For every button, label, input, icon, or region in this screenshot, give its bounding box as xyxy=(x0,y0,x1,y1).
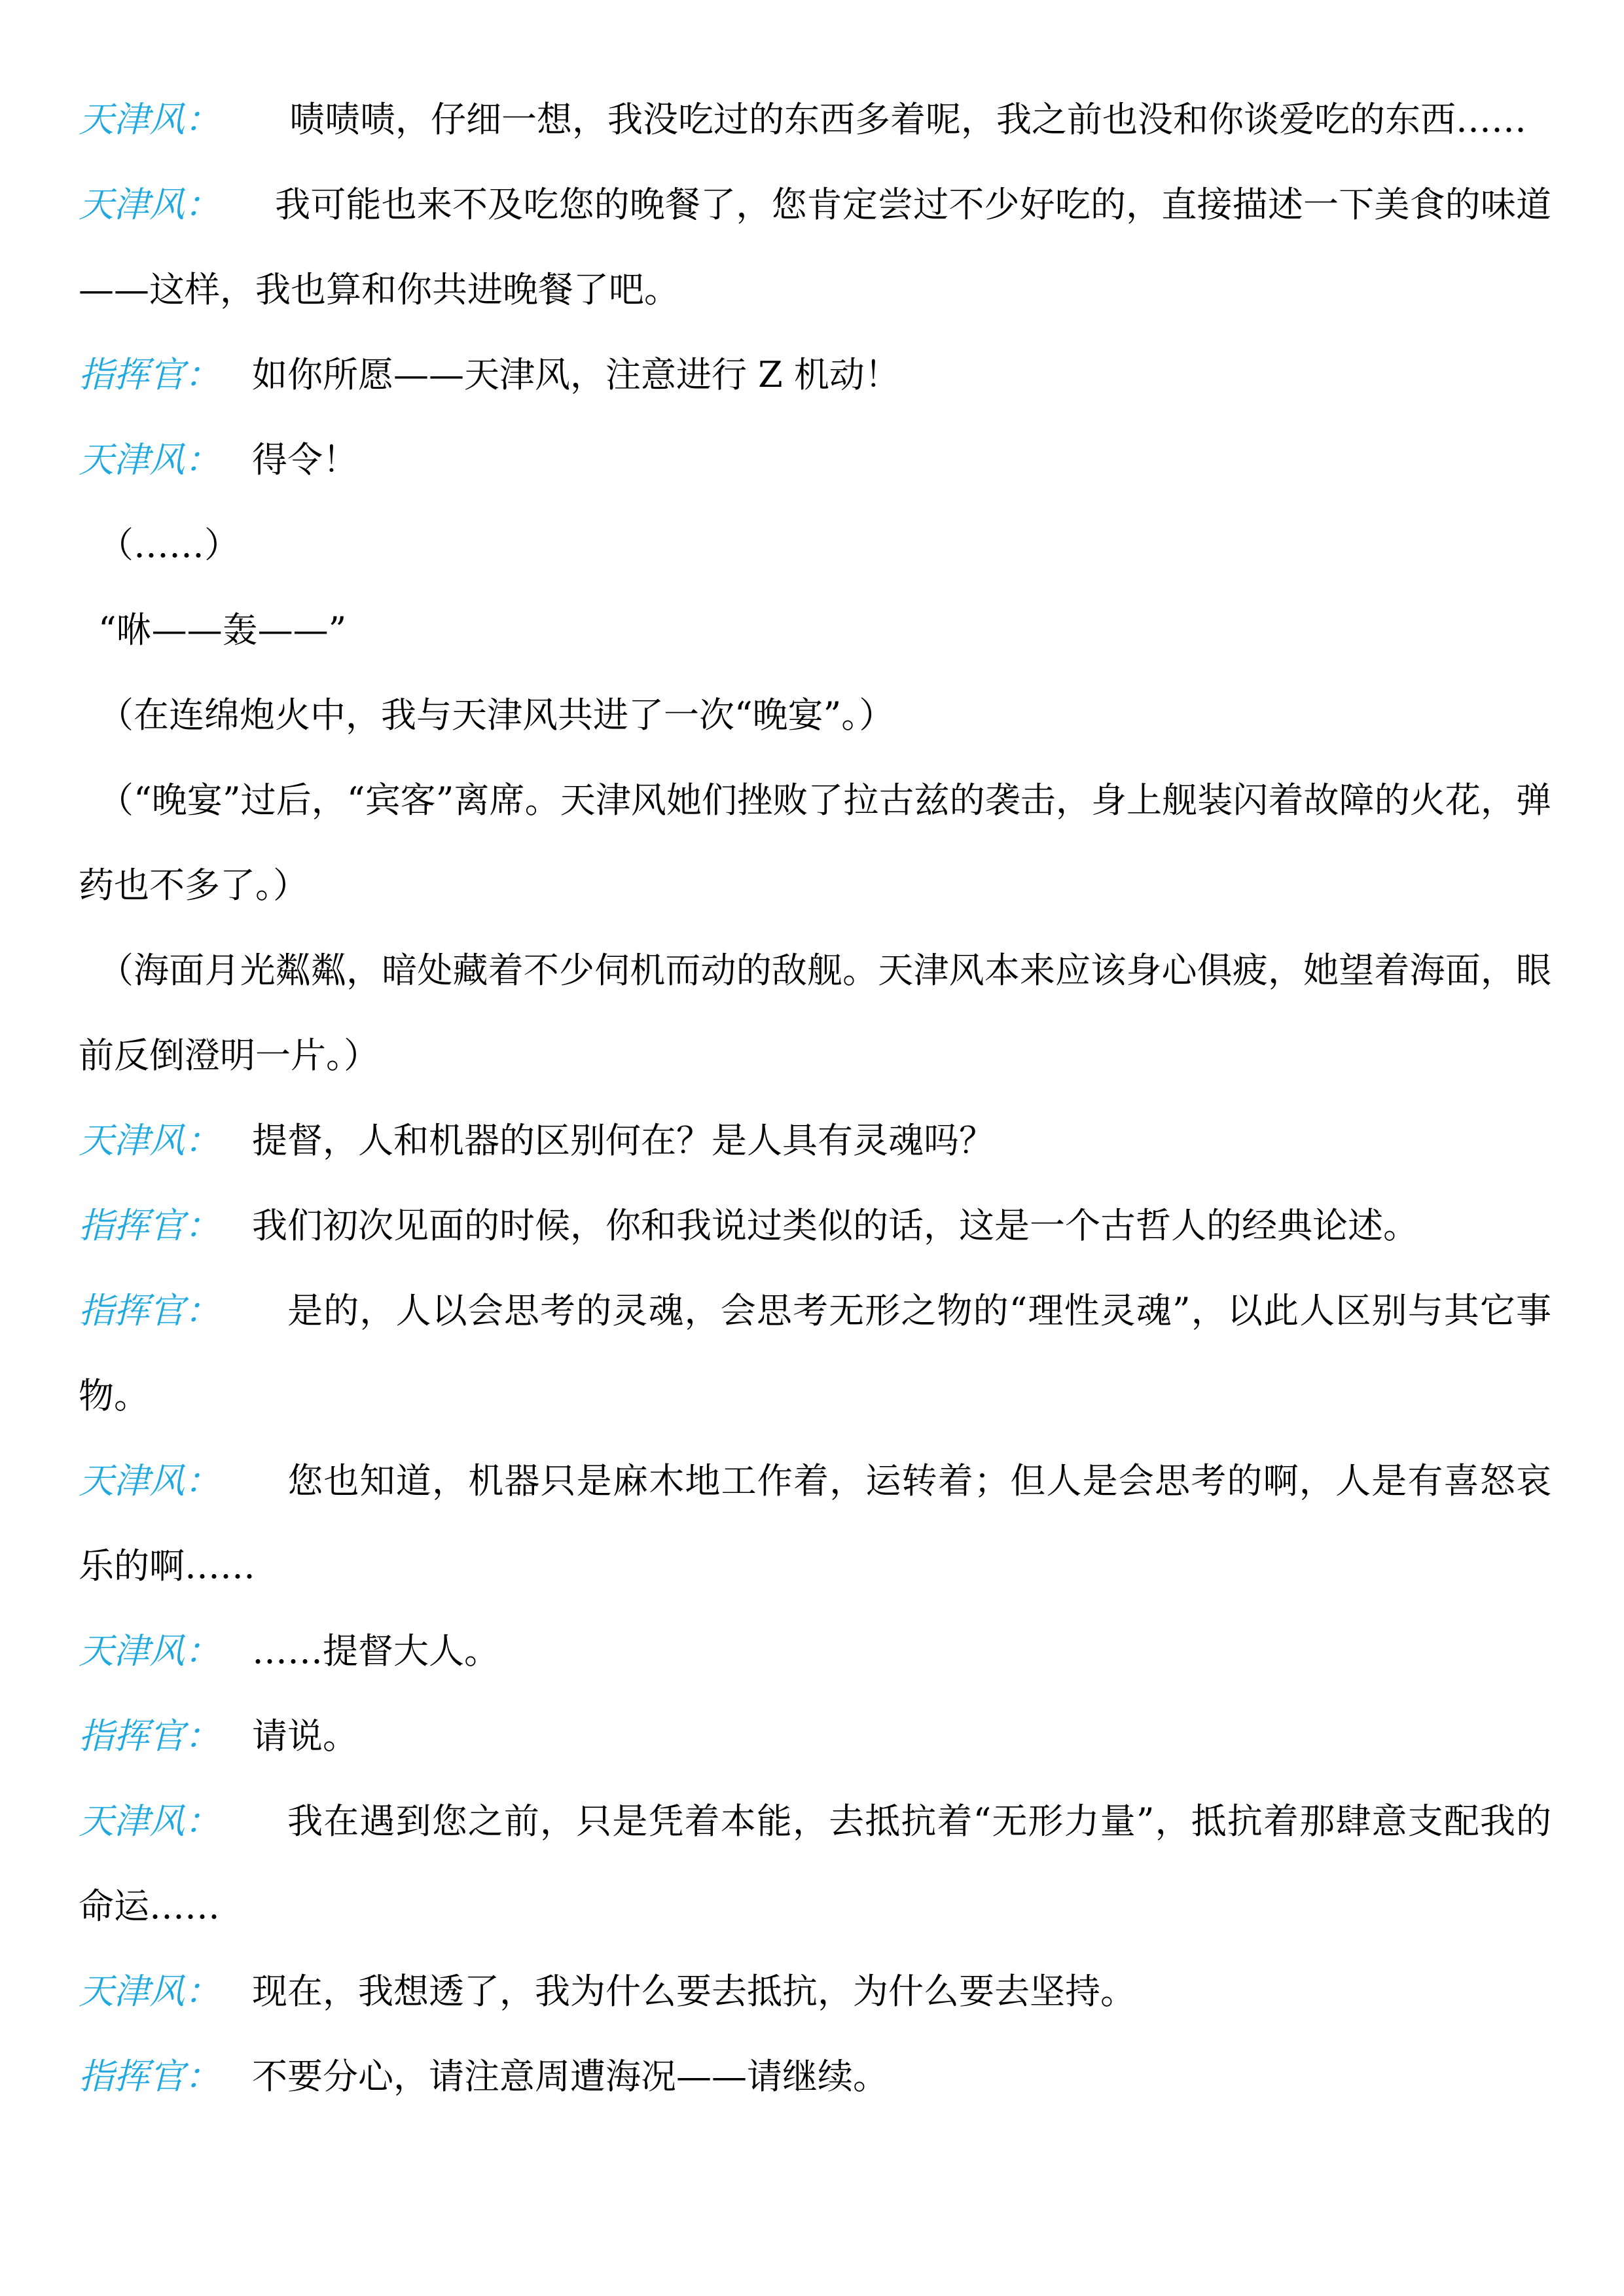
document-page: 天津风：啧啧啧，仔细一想，我没吃过的东西多着呢，我之前也没和你谈爱吃的东西…… … xyxy=(79,77,1551,2119)
dialogue-text: 我可能也来不及吃您的晚餐了，您肯定尝过不少好吃的，直接描述一下美食的味道——这样… xyxy=(79,184,1551,310)
dialogue-line: 指挥官：是的，人以会思考的灵魂，会思考无形之物的“理性灵魂”，以此人区别与其它事… xyxy=(79,1268,1551,1439)
dialogue-line: 天津风：您也知道，机器只是麻木地工作着，运转着；但人是会思考的啊，人是有喜怒哀乐… xyxy=(79,1439,1551,1609)
dialogue-text: 提督，人和机器的区别何在？是人具有灵魂吗？ xyxy=(252,1120,994,1161)
dialogue-line: 指挥官：请说。 xyxy=(79,1694,1551,1779)
narration-line: （海面月光粼粼，暗处藏着不少伺机而动的敌舰。天津风本来应该身心俱疲，她望着海面，… xyxy=(79,928,1551,1098)
narration-text: （在连绵炮火中，我与天津风共进了一次“晚宴”。） xyxy=(98,694,894,736)
dialogue-text: 您也知道，机器只是麻木地工作着，运转着；但人是会思考的啊，人是有喜怒哀乐的啊…… xyxy=(79,1460,1551,1587)
dialogue-line: 天津风：提督，人和机器的区别何在？是人具有灵魂吗？ xyxy=(79,1098,1551,1183)
speaker-label: 天津风： xyxy=(79,1779,287,1864)
dialogue-line: 天津风：得令！ xyxy=(79,418,1551,503)
dialogue-text: 请说。 xyxy=(252,1715,358,1757)
dialogue-text: 啧啧啧，仔细一想，我没吃过的东西多着呢，我之前也没和你谈爱吃的东西…… xyxy=(289,99,1526,140)
speaker-label: 天津风： xyxy=(79,77,289,162)
speaker-label: 天津风： xyxy=(79,1439,287,1524)
narration-line: （……） xyxy=(79,503,1551,588)
narration-line: （在连绵炮火中，我与天津风共进了一次“晚宴”。） xyxy=(79,673,1551,758)
speaker-label: 指挥官： xyxy=(79,332,252,418)
narration-text: （“晚宴”过后，“宾客”离席。天津风她们挫败了拉古兹的袭击，身上舰装闪着故障的火… xyxy=(79,780,1551,906)
narration-line: “咻——轰——” xyxy=(79,588,1551,673)
dialogue-line: 天津风：现在，我想透了，我为什么要去抵抗，为什么要去坚持。 xyxy=(79,1949,1551,2034)
dialogue-line: 天津风：啧啧啧，仔细一想，我没吃过的东西多着呢，我之前也没和你谈爱吃的东西…… xyxy=(79,77,1551,162)
narration-line: （“晚宴”过后，“宾客”离席。天津风她们挫败了拉古兹的袭击，身上舰装闪着故障的火… xyxy=(79,758,1551,928)
speaker-label: 指挥官： xyxy=(79,1183,252,1268)
dialogue-text: 不要分心，请注意周遭海况——请继续。 xyxy=(252,2056,888,2097)
dialogue-line: 指挥官：如你所愿——天津风，注意进行 Z 机动！ xyxy=(79,332,1551,418)
speaker-label: 天津风： xyxy=(79,1949,252,2034)
dialogue-line: 天津风：我在遇到您之前，只是凭着本能，去抵抗着“无形力量”，抵抗着那肆意支配我的… xyxy=(79,1779,1551,1949)
dialogue-text: 现在，我想透了，我为什么要去抵抗，为什么要去坚持。 xyxy=(252,1971,1136,2012)
dialogue-text: 是的，人以会思考的灵魂，会思考无形之物的“理性灵魂”，以此人区别与其它事物。 xyxy=(79,1290,1551,1416)
narration-text: （海面月光粼粼，暗处藏着不少伺机而动的敌舰。天津风本来应该身心俱疲，她望着海面，… xyxy=(79,950,1551,1076)
dialogue-line: 天津风：我可能也来不及吃您的晚餐了，您肯定尝过不少好吃的，直接描述一下美食的味道… xyxy=(79,162,1551,332)
dialogue-text: ……提督大人。 xyxy=(252,1630,499,1672)
speaker-label: 天津风： xyxy=(79,162,275,247)
dialogue-line: 天津风：……提督大人。 xyxy=(79,1609,1551,1694)
dialogue-line: 指挥官：我们初次见面的时候，你和我说过类似的话，这是一个古哲人的经典论述。 xyxy=(79,1183,1551,1268)
dialogue-text: 我在遇到您之前，只是凭着本能，去抵抗着“无形力量”，抵抗着那肆意支配我的命运…… xyxy=(79,1801,1551,1927)
speaker-label: 天津风： xyxy=(79,1609,252,1694)
speaker-label: 指挥官： xyxy=(79,1694,252,1779)
dialogue-text: 如你所愿——天津风，注意进行 Z 机动！ xyxy=(252,354,900,395)
dialogue-line: 指挥官：不要分心，请注意周遭海况——请继续。 xyxy=(79,2034,1551,2119)
dialogue-text: 得令！ xyxy=(252,439,358,480)
narration-text: “咻——轰——” xyxy=(98,609,346,651)
dialogue-text: 我们初次见面的时候，你和我说过类似的话，这是一个古哲人的经典论述。 xyxy=(252,1205,1418,1246)
speaker-label: 天津风： xyxy=(79,418,252,503)
speaker-label: 天津风： xyxy=(79,1098,252,1183)
speaker-label: 指挥官： xyxy=(79,2034,252,2119)
narration-text: （……） xyxy=(98,524,240,565)
speaker-label: 指挥官： xyxy=(79,1268,287,1354)
